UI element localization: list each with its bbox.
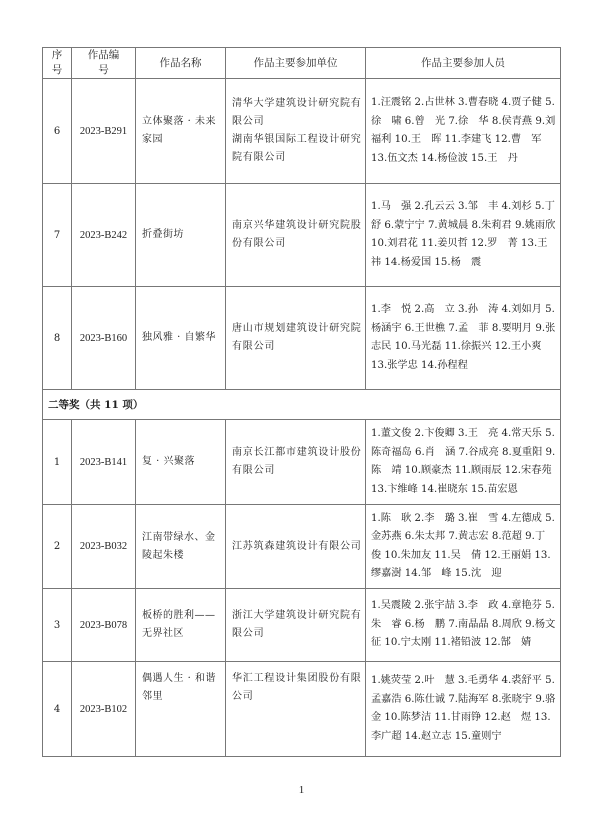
unit-2: 湖南华银国际工程设计研究院有限公司 (232, 131, 362, 167)
row-name: 偶遇人生 · 和谐邻里 (136, 662, 226, 757)
table-row: 4 2023-B102 偶遇人生 · 和谐邻里 华汇工程设计集团股份有限公司 1… (43, 662, 561, 757)
header-units: 作品主要参加单位 (226, 48, 366, 79)
section-row: 二等奖（共 11 项） (43, 390, 561, 420)
row-name: 江南带绿水、金陵起朱楼 (136, 505, 226, 589)
row-people: 1.姚荧莹 2.叶 慧 3.毛勇华 4.裘舒平 5.孟嘉浩 6.陈仕诚 7.陆海… (366, 662, 561, 757)
unit-1: 清华大学建筑设计研究院有限公司 (232, 95, 362, 131)
row-people: 1.吴震陵 2.张宇喆 3.李 政 4.章艳芬 5.朱 睿 6.杨 鹏 7.南晶… (366, 589, 561, 662)
section-title: 二等奖（共 11 项） (43, 390, 561, 420)
row-no: 4 (43, 662, 72, 757)
table-row: 8 2023-B160 独风雅 · 自繁华 唐山市规划建筑设计研究院有限公司 1… (43, 287, 561, 390)
header-name: 作品名称 (136, 48, 226, 79)
row-units: 浙江大学建筑设计研究院有限公司 (226, 589, 366, 662)
row-code: 2023-B102 (72, 662, 136, 757)
row-code: 2023-B160 (72, 287, 136, 390)
header-code: 作品编号 (72, 48, 136, 79)
row-name: 复 · 兴聚落 (136, 420, 226, 505)
row-no: 2 (43, 505, 72, 589)
row-code: 2023-B032 (72, 505, 136, 589)
row-people: 1.董文俊 2.卞俊卿 3.王 亮 4.常天乐 5.陈奇福岛 6.肖 涵 7.谷… (366, 420, 561, 505)
row-code: 2023-B141 (72, 420, 136, 505)
row-no: 3 (43, 589, 72, 662)
row-no: 1 (43, 420, 72, 505)
row-name: 独风雅 · 自繁华 (136, 287, 226, 390)
row-name: 板桥的胜利——无界社区 (136, 589, 226, 662)
row-units: 南京兴华建筑设计研究院股份有限公司 (226, 184, 366, 287)
table-row: 3 2023-B078 板桥的胜利——无界社区 浙江大学建筑设计研究院有限公司 … (43, 589, 561, 662)
row-no: 6 (43, 79, 72, 184)
header-no: 序号 (43, 48, 72, 79)
row-units: 唐山市规划建筑设计研究院有限公司 (226, 287, 366, 390)
row-name: 立体聚落 · 未来家园 (136, 79, 226, 184)
awards-table: 序号 作品编号 作品名称 作品主要参加单位 作品主要参加人员 6 2023-B2… (42, 47, 561, 757)
row-code: 2023-B291 (72, 79, 136, 184)
row-name: 折叠街坊 (136, 184, 226, 287)
table-row: 6 2023-B291 立体聚落 · 未来家园 清华大学建筑设计研究院有限公司湖… (43, 79, 561, 184)
row-units: 南京长江都市建筑设计股份有限公司 (226, 420, 366, 505)
header-people: 作品主要参加人员 (366, 48, 561, 79)
table-header-row: 序号 作品编号 作品名称 作品主要参加单位 作品主要参加人员 (43, 48, 561, 79)
row-units: 江苏筑森建筑设计有限公司 (226, 505, 366, 589)
table-row: 1 2023-B141 复 · 兴聚落 南京长江都市建筑设计股份有限公司 1.董… (43, 420, 561, 505)
row-people: 1.马 强 2.孔云云 3.邹 丰 4.刘杉 5.丁 舒 6.蒙宁宁 7.黄城晨… (366, 184, 561, 287)
table-row: 2 2023-B032 江南带绿水、金陵起朱楼 江苏筑森建筑设计有限公司 1.陈… (43, 505, 561, 589)
row-people: 1.李 悦 2.高 立 3.孙 涛 4.刘如月 5.杨涵宇 6.王世樵 7.孟 … (366, 287, 561, 390)
row-people: 1.陈 耿 2.李 璐 3.崔 雪 4.左德成 5.金苏燕 6.朱太邦 7.黄志… (366, 505, 561, 589)
row-units: 华汇工程设计集团股份有限公司 (226, 662, 366, 757)
row-no: 7 (43, 184, 72, 287)
table-row: 7 2023-B242 折叠街坊 南京兴华建筑设计研究院股份有限公司 1.马 强… (43, 184, 561, 287)
row-units: 清华大学建筑设计研究院有限公司湖南华银国际工程设计研究院有限公司 (226, 79, 366, 184)
row-code: 2023-B078 (72, 589, 136, 662)
row-people: 1.汪震铭 2.占世林 3.曹春晓 4.贾子健 5.徐 啸 6.曾 光 7.徐 … (366, 79, 561, 184)
page-number: 1 (0, 784, 603, 796)
row-code: 2023-B242 (72, 184, 136, 287)
row-no: 8 (43, 287, 72, 390)
